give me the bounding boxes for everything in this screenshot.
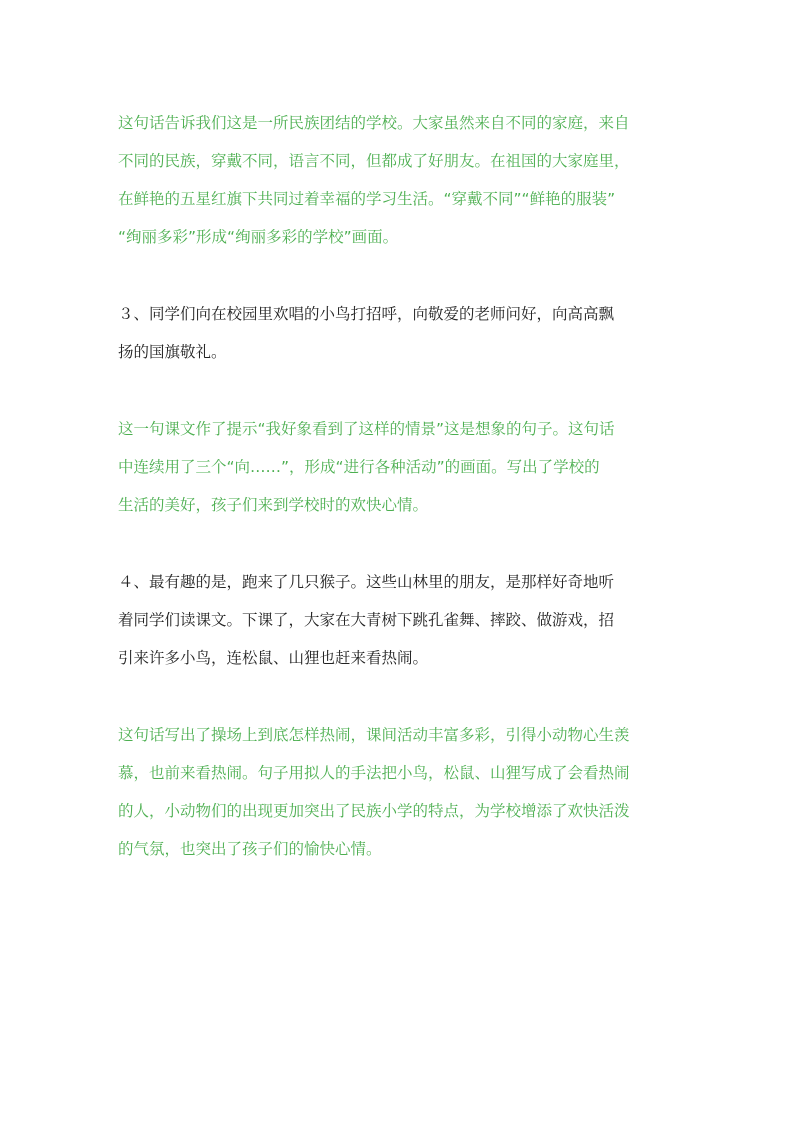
text-line: 着同学们读课文。下课了，大家在大青树下跳孔雀舞、摔跤、做游戏，招: [118, 601, 683, 639]
paragraph-gap: [118, 256, 683, 295]
text-line: 中连续用了三个“向……”，形成“进行各种活动”的画面。写出了学校的: [118, 448, 683, 486]
quote-paragraph-3: ３、同学们向在校园里欢唱的小鸟打招呼，向敬爱的老师问好，向高高飘 扬的国旗敬礼。: [118, 295, 683, 371]
text-line: ４、最有趣的是，跑来了几只猴子。这些山林里的朋友，是那样好奇地听: [118, 563, 683, 601]
paragraph-gap: [118, 524, 683, 563]
text-line: 引来许多小鸟，连松鼠、山狸也赶来看热闹。: [118, 639, 683, 677]
analysis-paragraph-1: 这句话告诉我们这是一所民族团结的学校。大家虽然来自不同的家庭，来自 不同的民族，…: [118, 104, 683, 256]
text-line: 这句话告诉我们这是一所民族团结的学校。大家虽然来自不同的家庭，来自: [118, 104, 683, 142]
text-line: 扬的国旗敬礼。: [118, 333, 683, 371]
paragraph-gap: [118, 371, 683, 410]
document-page: 这句话告诉我们这是一所民族团结的学校。大家虽然来自不同的家庭，来自 不同的民族，…: [118, 104, 683, 868]
text-line: 的气氛，也突出了孩子们的愉快心情。: [118, 830, 683, 868]
text-line: 慕，也前来看热闹。句子用拟人的手法把小鸟，松鼠、山狸写成了会看热闹: [118, 754, 683, 792]
text-line: 的人，小动物们的出现更加突出了民族小学的特点，为学校增添了欢快活泼: [118, 792, 683, 830]
text-line: 不同的民族，穿戴不同，语言不同，但都成了好朋友。在祖国的大家庭里，: [118, 142, 683, 180]
text-line: ３、同学们向在校园里欢唱的小鸟打招呼，向敬爱的老师问好，向高高飘: [118, 295, 683, 333]
text-line: 在鲜艳的五星红旗下共同过着幸福的学习生活。“穿戴不同”“鲜艳的服装”: [118, 180, 683, 218]
text-line: 生活的美好，孩子们来到学校时的欢快心情。: [118, 486, 683, 524]
text-line: 这句话写出了操场上到底怎样热闹，课间活动丰富多彩，引得小动物心生羡: [118, 716, 683, 754]
text-line: 这一句课文作了提示“我好象看到了这样的情景”这是想象的句子。这句话: [118, 410, 683, 448]
text-line: “绚丽多彩”形成“绚丽多彩的学校”画面。: [118, 218, 683, 256]
paragraph-gap: [118, 677, 683, 716]
analysis-paragraph-3: 这句话写出了操场上到底怎样热闹，课间活动丰富多彩，引得小动物心生羡 慕，也前来看…: [118, 716, 683, 868]
analysis-paragraph-2: 这一句课文作了提示“我好象看到了这样的情景”这是想象的句子。这句话 中连续用了三…: [118, 410, 683, 524]
quote-paragraph-4: ４、最有趣的是，跑来了几只猴子。这些山林里的朋友，是那样好奇地听 着同学们读课文…: [118, 563, 683, 677]
